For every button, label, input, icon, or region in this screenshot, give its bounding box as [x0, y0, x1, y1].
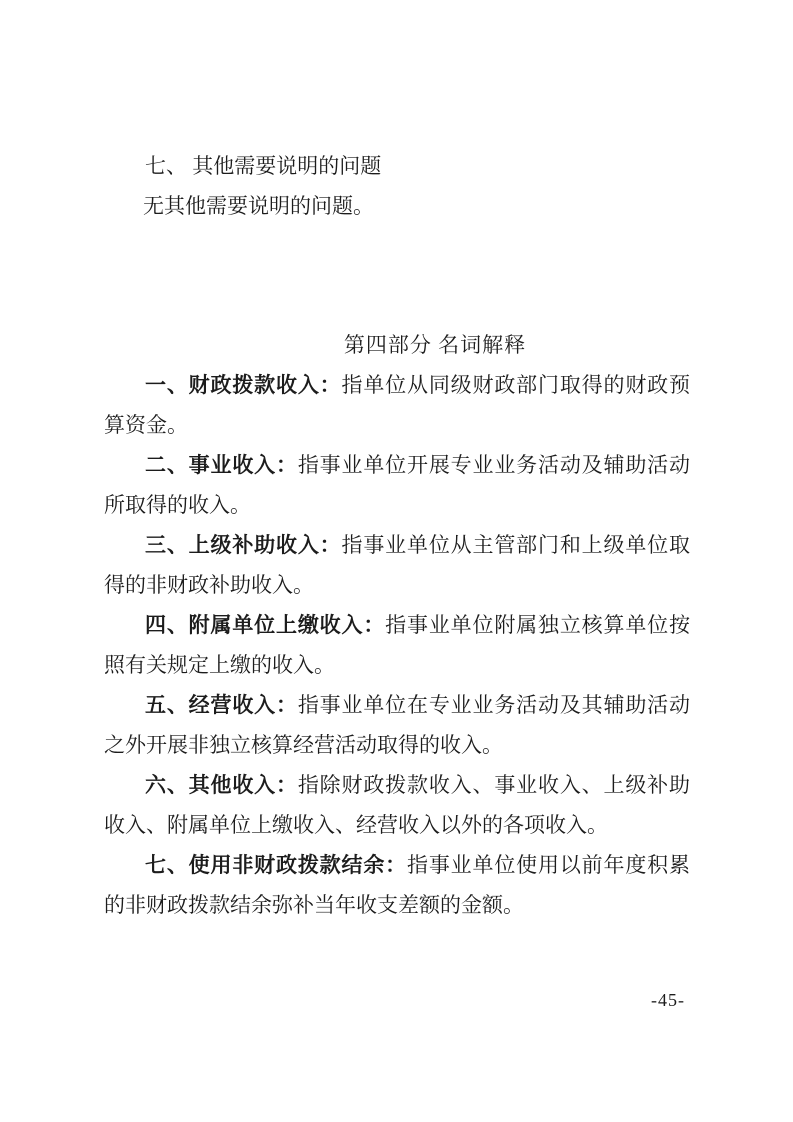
term-label: 六、其他收入：: [145, 773, 298, 797]
term-paragraph: 六、其他收入：指除财政拨款收入、事业收入、上级补助收入、附属单位上缴收入、经营收…: [104, 765, 690, 845]
term-label: 三、上级补助收入：: [145, 533, 342, 557]
term-label: 七、使用非财政拨款结余：: [145, 853, 407, 877]
document-page: 七、 其他需要说明的问题 无其他需要说明的问题。 第四部分 名词解释 一、财政拨…: [0, 0, 793, 1122]
term-paragraph: 七、使用非财政拨款结余：指事业单位使用以前年度积累的非财政拨款结余弥补当年收支差…: [104, 845, 690, 925]
document-content: 七、 其他需要说明的问题 无其他需要说明的问题。 第四部分 名词解释 一、财政拨…: [104, 146, 690, 925]
term-label: 四、附属单位上缴收入：: [145, 613, 385, 637]
section-heading-other-issues: 七、 其他需要说明的问题: [104, 146, 690, 186]
term-label: 五、经营收入：: [145, 693, 298, 717]
section-body-other-issues: 无其他需要说明的问题。: [104, 186, 690, 226]
page-number: -45-: [651, 989, 685, 1011]
term-paragraph: 五、经营收入：指事业单位在专业业务活动及其辅助活动之外开展非独立核算经营活动取得…: [104, 685, 690, 765]
part-four-title: 第四部分 名词解释: [142, 325, 728, 365]
term-label: 二、事业收入：: [145, 453, 298, 477]
term-paragraph: 二、事业收入：指事业单位开展专业业务活动及辅助活动所取得的收入。: [104, 445, 690, 525]
term-paragraph: 三、上级补助收入：指事业单位从主管部门和上级单位取得的非财政补助收入。: [104, 525, 690, 605]
term-label: 一、财政拨款收入：: [145, 373, 342, 397]
term-paragraph: 四、附属单位上缴收入：指事业单位附属独立核算单位按照有关规定上缴的收入。: [104, 605, 690, 685]
term-paragraph: 一、财政拨款收入：指单位从同级财政部门取得的财政预算资金。: [104, 365, 690, 445]
